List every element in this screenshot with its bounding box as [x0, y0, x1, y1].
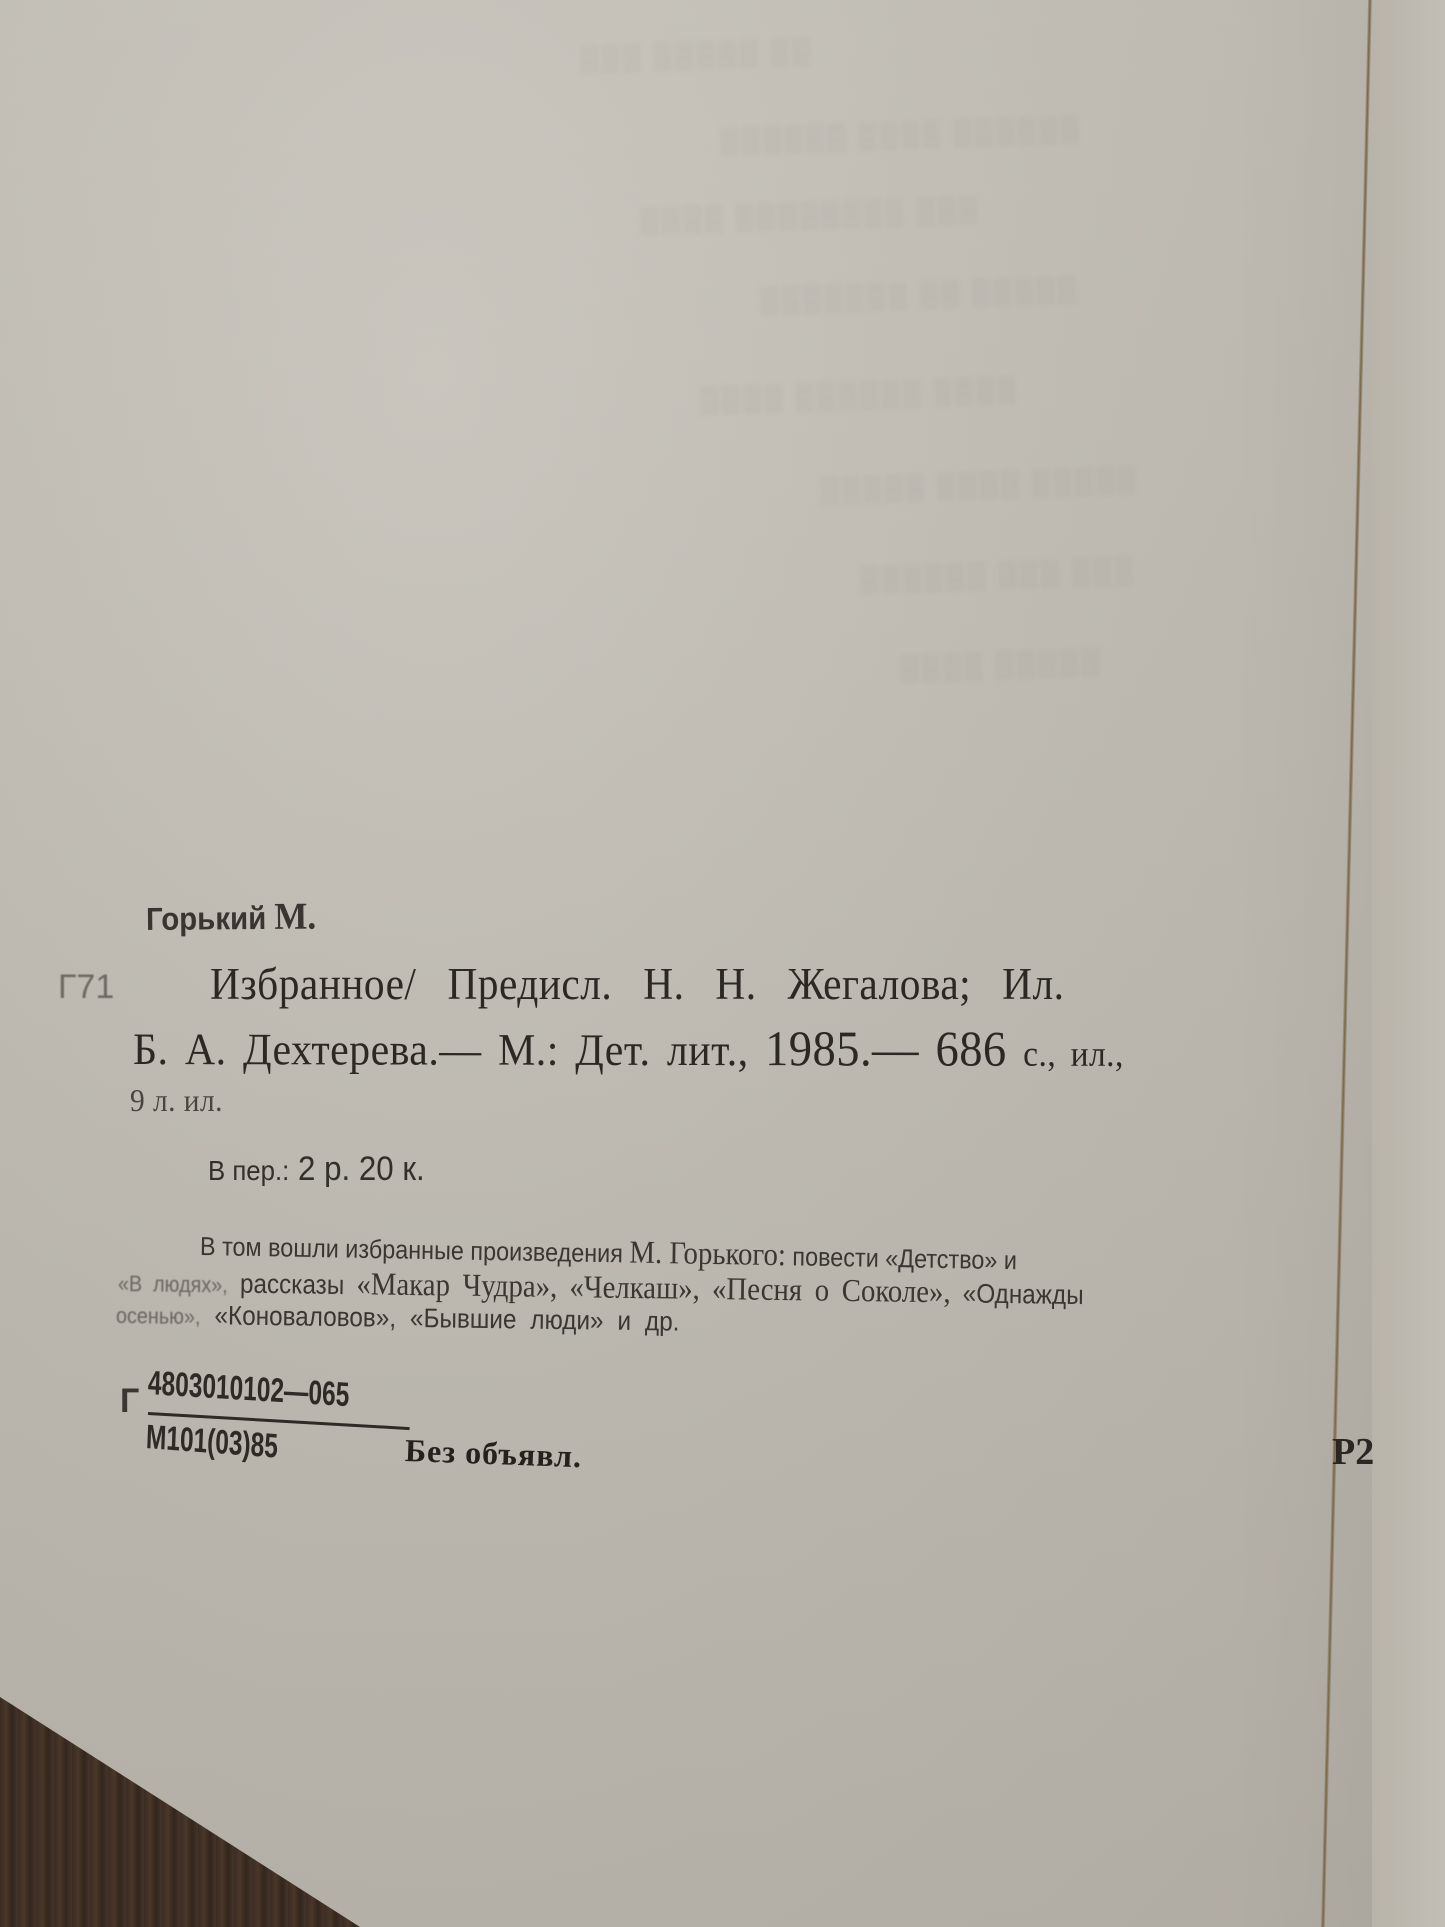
annotation-text: «Коноваловов»,	[214, 1300, 396, 1332]
annotation-text: «Макар Чудра»,	[356, 1265, 557, 1304]
illustrations-label: Ил.	[1002, 959, 1064, 1009]
classification-code: Г71	[58, 968, 114, 1007]
annotation-text: осенью»,	[116, 1303, 201, 1329]
no-announcement-note: Без объявл.	[404, 1432, 582, 1475]
preface-author: Н. Н. Жегалова;	[643, 959, 971, 1009]
index-numerator: 4803010102—065	[147, 1364, 350, 1415]
annotation-text: «Бывшие люди» и др.	[410, 1303, 680, 1337]
price-rubles: 2	[298, 1150, 315, 1188]
preface-label: Предисл.	[447, 959, 612, 1009]
author-heading: Горький М.	[146, 895, 317, 940]
price: В пер.: 2 р. 20 к.	[208, 1150, 425, 1189]
publication-place: М.:	[498, 1025, 559, 1075]
description-line-2: Б. А. Дехтерева.— М.: Дет. лит., 1985.— …	[133, 1018, 1124, 1078]
annotation-text: «Однажды	[963, 1278, 1084, 1310]
annotation-line-3: осенью», «Коноваловов», «Бывшие люди» и …	[116, 1299, 680, 1338]
catalog-card: Горький М. Г71 Избранное/ Предисл. Н. Н.…	[0, 0, 1445, 1927]
price-label: В пер.:	[208, 1155, 289, 1186]
book-title: Избранное/	[210, 959, 416, 1009]
publication-year: 1985.—	[765, 1020, 919, 1076]
price-rubles-unit: р.	[324, 1150, 350, 1188]
price-kopecks-unit: к.	[402, 1150, 424, 1188]
description-line-3: 9 л. ил.	[130, 1082, 223, 1119]
description-line-1: Избранное/ Предисл. Н. Н. Жегалова; Ил.	[210, 958, 1064, 1010]
illustrator: Б. А. Дехтерева.—	[133, 1024, 482, 1075]
index-denominator: М101(03)85	[145, 1418, 278, 1467]
annotation-text: «Челкаш»,	[569, 1268, 700, 1306]
annotation-text: М. Горького:	[629, 1233, 786, 1272]
annotation-text: «Песня о Соколе»,	[712, 1270, 951, 1309]
annotation-text: «В людях»,	[118, 1271, 228, 1297]
publisher: Дет. лит.,	[575, 1025, 748, 1075]
price-kopecks: 20	[359, 1150, 394, 1188]
page-suffix: с., ил.,	[1023, 1034, 1124, 1074]
bbk-code: Р2	[1332, 1430, 1374, 1474]
annotation-text: повести «Детство» и	[792, 1241, 1017, 1275]
page-count: 686	[935, 1021, 1006, 1077]
annotation-text: рассказы	[240, 1269, 345, 1300]
author-surname: Горький	[146, 900, 267, 937]
author-initial: М.	[274, 896, 316, 938]
annotation-text: В том вошли избранные произведения	[200, 1231, 623, 1268]
index-prefix: Г	[120, 1382, 139, 1421]
